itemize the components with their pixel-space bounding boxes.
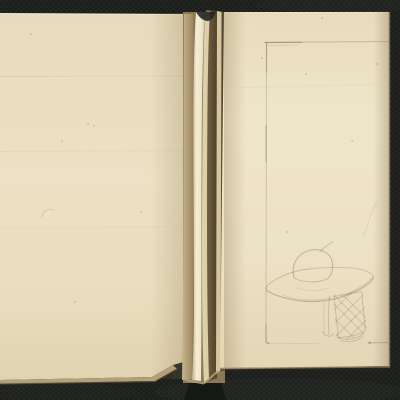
gutter-left-shadow-strip [182,14,194,380]
gutter [182,10,225,384]
right-page-gutter-shade [224,12,246,368]
border-left-rule [266,43,267,343]
left-page-gutter-shade [150,13,187,379]
border-top-rule-double [267,45,299,46]
left-page [0,13,187,384]
sketchbook-photo [0,0,400,400]
right-page-right-shade [373,12,390,367]
sketchbook-scene [0,0,400,400]
